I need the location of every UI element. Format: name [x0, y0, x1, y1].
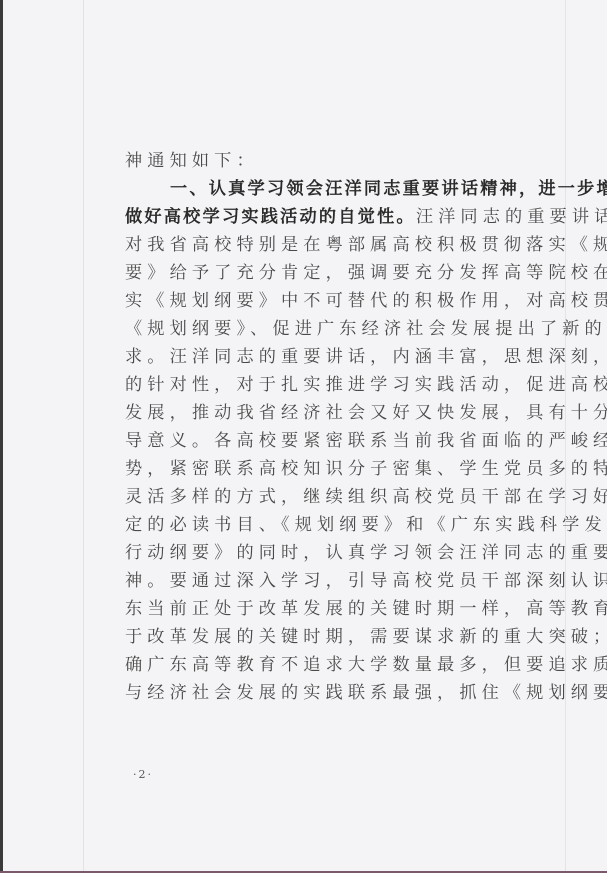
text-line: 东当前正处于改革发展的关键时期一样，高等教育也正处	[125, 598, 530, 620]
text-line: 的针对性，对于扎实推进学习实践活动，促进高校事业科学	[125, 374, 530, 396]
text-line: 做好高校学习实践活动的自觉性。汪洋同志的重要讲话，	[125, 206, 530, 228]
text-line: 与经济社会发展的实践联系最强，抓住《规划纲要》贯彻实	[125, 682, 530, 704]
text-line: 势，紧密联系高校知识分子密集、学生党员多的特点，采取	[125, 458, 530, 480]
text-line: 要》给予了充分肯定，强调要充分发挥高等院校在贯彻落	[125, 262, 530, 284]
scan-left-edge	[0, 0, 3, 873]
text-line: 实《规划纲要》中不可替代的积极作用，对高校贯彻落实	[125, 290, 530, 312]
text-line: 《规划纲要》、促进广东经济社会发展提出了新的明确要	[125, 318, 530, 340]
text-line: 神通知如下：	[125, 150, 530, 172]
text-line: 于改革发展的关键时期，需要谋求新的重大突破；进一步明	[125, 626, 530, 648]
section-heading-line: 一、认真学习领会汪洋同志重要讲话精神，进一步增强	[170, 178, 530, 200]
text-line: 行动纲要》的同时，认真学习领会汪洋同志的重要讲话精	[125, 542, 530, 564]
text-segment: 汪洋同志的重要讲话，	[416, 207, 607, 227]
text-line: 确广东高等教育不追求大学数量最多，但要追求质量最好，	[125, 654, 530, 676]
text-line: 发展，推动我省经济社会又好又快发展，具有十分重要的指	[125, 402, 530, 424]
text-line: 对我省高校特别是在粤部属高校积极贯彻落实《规划纲	[125, 234, 530, 256]
text-line: 求。汪洋同志的重要讲话，内涵丰富，思想深刻，具有很强	[125, 346, 530, 368]
page-number: ·2·	[133, 768, 153, 781]
scan-guide-line-left	[83, 0, 84, 873]
section-heading-continuation: 做好高校学习实践活动的自觉性。	[125, 207, 416, 227]
text-line: 灵活多样的方式，继续组织高校党员干部在学习好中央规	[125, 486, 530, 508]
text-line: 定的必读书目、《规划纲要》和《广东实践科学发展观重点	[125, 514, 530, 536]
text-line: 神。要通过深入学习，引导高校党员干部深刻认识到与广	[125, 570, 530, 592]
text-line: 导意义。各高校要紧密联系当前我省面临的严峻经济形	[125, 430, 530, 452]
